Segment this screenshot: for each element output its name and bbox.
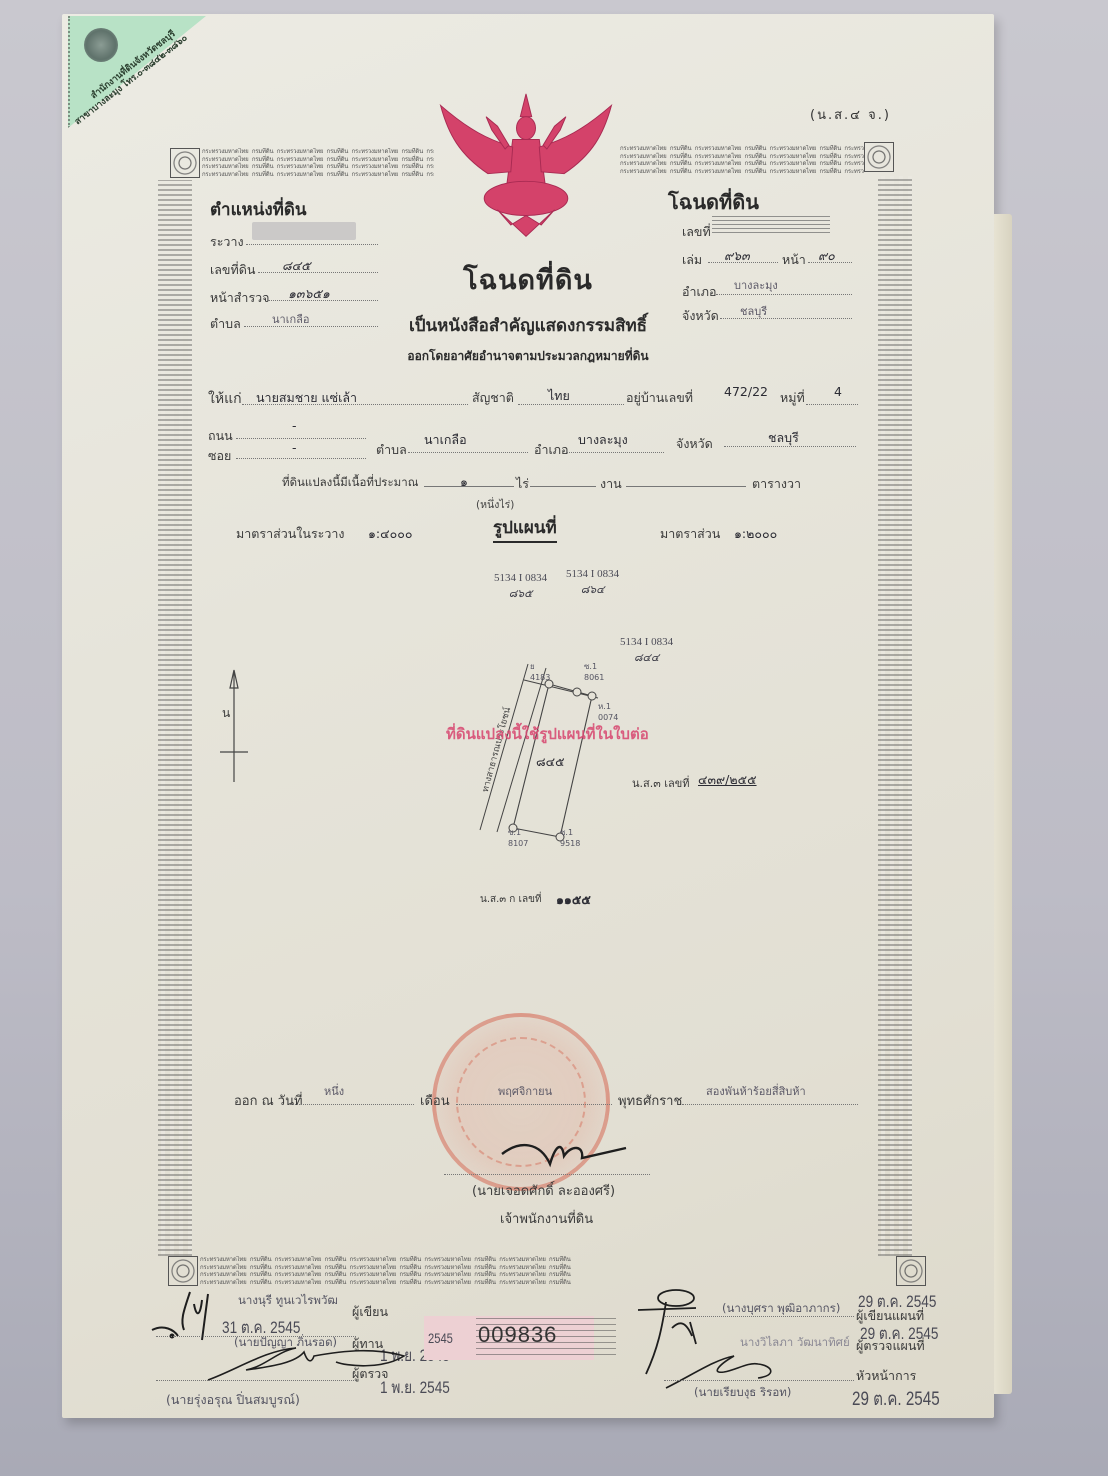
page-value: ๙๐ [818,246,835,266]
tambon-label: ตำบล [210,314,241,334]
book-label: เล่ม [682,250,702,270]
soi-value: - [292,440,297,455]
moo-line [806,404,858,405]
survey-page-value: ๑๓๖๕๑ [288,284,330,304]
page-field-line [808,262,852,263]
ngan-label: งาน [600,474,622,494]
land-no-value: ๘๔๕ [282,256,311,276]
guilloche-border-bottom: กระทรวงมหาดไทย กรมที่ดิน กระทรวงมหาดไทย … [200,1256,896,1288]
ns3k-ref-label: น.ส.๓ ก เลขที่ [480,892,542,907]
owner-tambon-line [408,452,528,453]
nationality-value: ไทย [548,386,570,406]
guilloche-border-left [158,180,192,1256]
bl-name-bottom: (นายรุ่งอรุณ ปิ่นสมบูรณ์) [166,1390,300,1410]
br-date-3: 29 ต.ค. 2545 [852,1384,940,1414]
issue-month-label: เดือน [420,1090,450,1111]
marker-2: ซ.18061 [584,660,604,682]
book-value: ๙๖๓ [724,246,750,266]
road-line [236,438,366,439]
issue-day: หนึ่ง [324,1082,344,1100]
br-name-bottom: (นายเรียบงุธ ริรอท) [694,1384,791,1402]
bl-name-top: นางนุรี ทูนเวไรพวัฒ [238,1292,338,1310]
issued-label: ออก ณ วันที่ [234,1090,303,1111]
grid-ref-1: 5134 I 0834๘๖๕ [494,572,547,602]
document-title: โฉนดที่ดิน [438,258,618,301]
bl-signature-2 [206,1340,406,1384]
bl-line-2 [156,1380,356,1381]
amphoe-label: อำเภอ [682,282,717,302]
owner-name: นายสมชาย แซ่เล้า [256,388,357,408]
ns3-ref-value: ๔๓๙/๒๕๕ [698,770,757,790]
nationality-line [518,404,624,405]
bl-role-writer: ผู้เขียน [352,1302,388,1322]
officer-signature-line [444,1174,650,1175]
map-title: รูปแผนที่ [493,514,557,543]
rawang-scale-value: ๑:๔๐๐๐ [368,524,413,544]
document-subtitle: เป็นหนังสือสำคัญแสดงกรรมสิทธิ์ [390,312,666,339]
survey-page-label: หน้าสำรวจ [210,288,270,308]
moo-label: หมู่ที่ [780,388,805,408]
amphoe-value: บางละมุง [734,276,778,294]
issue-year: สองพันห้าร้อยสี่สิบห้า [706,1082,806,1100]
rai-label: ไร่ [516,474,529,494]
owner-tambon-label: ตำบล [376,440,407,460]
guilloche-border-right [878,176,912,1256]
ns3-ref-label: น.ส.๓ เลขที่ [632,774,690,792]
officer-name: (นายเจอดศักดิ์ ละอองศรี) [472,1180,615,1201]
house-no-value: 472/22 [724,384,768,399]
marker-3: ห.10074 [598,700,618,722]
province-field-line [720,318,852,319]
deed-number-label: เลขที่ [682,222,711,242]
wa-line [626,486,746,487]
document-legal-basis: ออกโดยอาศัยอำนาจตามประมวลกฎหมายที่ดิน [376,347,680,366]
br-line-2 [664,1380,854,1381]
land-office-seal-icon [84,28,118,62]
soi-label: ซอย [208,446,231,466]
amphoe-field-line [716,294,852,295]
corner-ornament-icon [170,148,200,178]
rai-value: ๑ [460,472,468,492]
br-role-map-checker: ผู้ตรวจแผนที่ [856,1336,925,1356]
marker-4: ซ.18107 [508,826,528,848]
guilloche-border-top-right: กระทรวงมหาดไทย กรมที่ดิน กระทรวงมหาดไทย … [620,145,864,177]
serial-number: 009836 [478,1322,557,1348]
house-no-label: อยู่บ้านเลขที่ [626,388,693,408]
bl-line-1 [156,1336,356,1337]
rai-line [424,486,514,487]
rawang-field-line [246,244,378,245]
red-stamp-map-continuation: ที่ดินแปลงนี้ใช้รูปแผนที่ในใบต่อ [446,722,649,746]
issue-year-label: พุทธศักราช [618,1090,682,1111]
form-code: (น.ส.๔ จ.) [810,104,891,125]
north-label: น [222,704,230,723]
owner-province-value: ชลบุรี [768,428,799,448]
owner-amphoe-line [566,452,664,453]
area-intro: ที่ดินแปลงนี้มีเนื้อที่ประมาณ [282,474,418,492]
guilloche-border-top-left: กระทรวงมหาดไทย กรมที่ดิน กระทรวงมหาดไทย … [202,148,434,180]
serial-year: 2545 [428,1330,453,1346]
corner-ornament-icon [896,1256,926,1286]
issue-month: พฤศจิกายน [498,1082,552,1100]
redacted-deed-number [712,216,830,236]
grid-ref-2: 5134 I 0834๘๖๔ [566,568,619,598]
bl-signature-1 [150,1290,230,1342]
map-scale-label: มาตราส่วน [660,524,720,544]
road-label: ถนน [208,426,233,446]
wa-label: ตารางวา [752,474,801,494]
land-no-label: เลขที่ดิน [210,260,255,280]
tambon-field-line [244,326,378,327]
rawang-label: ระวาง [210,232,244,252]
survey-page-field-line [268,300,378,301]
officer-title: เจ้าพนักงานที่ดิน [500,1208,593,1229]
province-label: จังหวัด [682,306,719,326]
owner-amphoe-value: บางละมุง [578,430,628,450]
parcel-number: ๘๔๕ [536,752,565,772]
page-label: หน้า [782,250,806,270]
moo-value: 4 [834,384,842,399]
nationality-label: สัญชาติ [472,388,514,408]
map-scale-value: ๑:๒๐๐๐ [734,524,777,544]
road-value: - [292,418,297,433]
deed-section-title: โฉนดที่ดิน [668,186,759,218]
owner-province-label: จังหวัด [676,434,713,454]
ngan-line [530,486,596,487]
north-arrow-icon [214,664,254,784]
redacted-rawang [252,222,356,240]
issue-day-line [290,1104,414,1105]
soi-line [236,458,366,459]
corner-ornament-icon [864,142,894,172]
marker-1: ย4183 [530,660,550,682]
ns3k-ref-value: ๑๑๕๕ [556,890,591,910]
officer-signature [500,1134,630,1170]
issue-year-line [682,1104,858,1105]
corner-ornament-icon [168,1256,198,1286]
owner-province-line [724,446,856,447]
owner-name-line [242,404,468,405]
owner-amphoe-label: อำเภอ [534,440,569,460]
garuda-emblem-icon [428,92,624,244]
land-no-field-line [258,272,378,273]
area-in-words: (หนึ่งไร่) [476,496,514,513]
paper-edge [994,214,1012,1394]
grantee-label: ให้แก่ [208,388,242,410]
marker-5: ซ.19518 [560,826,580,848]
book-field-line [708,262,778,263]
issue-month-line [456,1104,612,1105]
rawang-scale-label: มาตราส่วนในระวาง [236,524,345,544]
br-role-head: หัวหน้าการ [856,1366,916,1386]
br-line-1 [664,1316,854,1317]
location-section-title: ตำแหน่งที่ดิน [210,196,307,223]
owner-tambon-value: นาเกลือ [424,430,467,450]
